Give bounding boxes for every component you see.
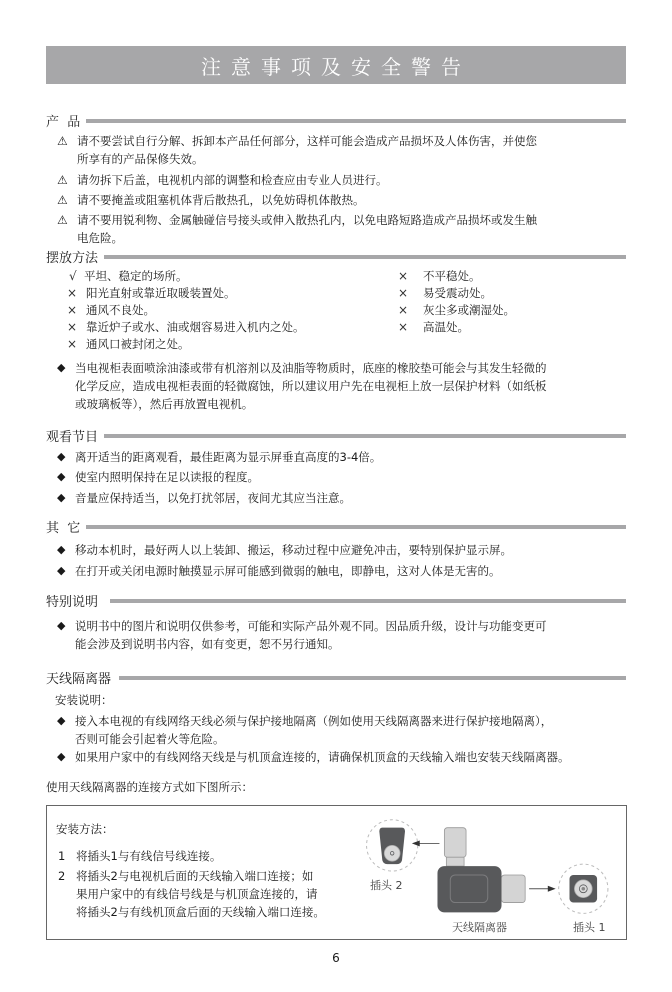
warning-triangle-icon: ⚠ (57, 212, 68, 228)
page-number: 6 (0, 951, 672, 965)
section-label: 天线隔离器 (46, 668, 111, 687)
check-icon: √ (69, 268, 77, 284)
diamond-bullet-icon: ◆ (57, 449, 65, 465)
warning-triangle-icon: ⚠ (57, 192, 68, 208)
cross-icon: × (67, 285, 77, 301)
other-item: 移动本机时，最好两人以上装卸、搬运，移动过程中应避免冲击，要特别保护显示屏。 (75, 542, 512, 558)
isolator-item-2: 如果用户家中的有线网络天线是与机顶盒连接的，请确保机顶盒的天线输入端也安装天线隔… (75, 749, 570, 765)
section-rule (104, 434, 626, 438)
product-warning-2: 请勿拆下后盖，电视机内部的调整和检查应由专业人员进行。 (77, 172, 388, 188)
section-heading-special: 特别说明 (46, 591, 626, 609)
page-title: 注意事项及安全警告 (46, 46, 626, 84)
placement-avoid-item: 靠近炉子或水、油或烟容易进入机内之处。 (86, 319, 305, 335)
placement-ok-item: 平坦、稳定的场所。 (84, 268, 188, 284)
cross-icon: × (398, 285, 408, 301)
cross-icon: × (67, 319, 77, 335)
placement-avoid-item: 易受震动处。 (423, 285, 492, 301)
section-label: 产 品 (46, 111, 80, 130)
viewing-item: 离开适当的距离观看，最佳距离为显示屏垂直高度的3-4倍。 (75, 449, 381, 465)
section-label: 特别说明 (46, 591, 98, 610)
placement-note-line1: 当电视柜表面喷涂油漆或带有机溶剂以及油脂等物质时，底座的橡胶垫可能会与其发生轻微… (75, 360, 547, 376)
diamond-bullet-icon: ◆ (57, 563, 65, 579)
section-rule (119, 676, 626, 680)
section-label: 观看节目 (46, 426, 98, 445)
product-warning-1-line1: 请不要尝试自行分解、拆卸本产品任何部分，这样可能会造成产品损坏及人体伤害，并使您 (77, 133, 537, 149)
connection-caption: 使用天线隔离器的连接方式如下图所示： (46, 779, 253, 795)
other-item: 在打开或关闭电源时触摸显示屏可能感到微弱的触电，即静电，这对人体是无害的。 (75, 563, 501, 579)
placement-avoid-item: 通风口被封闭之处。 (86, 336, 190, 352)
section-heading-other: 其 它 (46, 517, 626, 535)
diamond-bullet-icon: ◆ (57, 713, 65, 729)
section-label: 摆放方法 (46, 247, 98, 266)
placement-avoid-item: 高温处。 (423, 319, 469, 335)
cross-icon: × (67, 336, 77, 352)
product-warning-4-line1: 请不要用锐利物、金属触碰信号接头或伸入散热孔内，以免电路短路造成产品损坏或发生触 (77, 212, 537, 228)
plug-2-label: 插头 2 (370, 878, 403, 894)
diamond-bullet-icon: ◆ (57, 749, 65, 765)
manual-page: 注意事项及安全警告 产 品 ⚠ 请不要尝试自行分解、拆卸本产品任何部分，这样可能… (0, 0, 672, 992)
plug-1-label: 插头 1 (573, 920, 606, 936)
cross-icon: × (67, 302, 77, 318)
placement-avoid-item: 灰尘多或潮湿处。 (423, 302, 515, 318)
isolator-item-1-line1: 接入本电视的有线网络天线必须与保护接地隔离（例如使用天线隔离器来进行保护接地隔离… (75, 713, 552, 729)
section-rule (86, 525, 626, 529)
special-line1: 说明书中的图片和说明仅供参考，可能和实际产品外观不同。因品质升级，设计与功能变更… (75, 618, 547, 634)
section-rule (86, 119, 626, 123)
section-heading-product: 产 品 (46, 111, 626, 129)
placement-note-line2: 化学反应，造成电视柜表面的轻微腐蚀，所以建议用户先在电视柜上放一层保护材料（如纸… (75, 378, 547, 394)
cross-icon: × (398, 268, 408, 284)
section-label: 其 它 (46, 517, 80, 536)
viewing-item: 使室内照明保持在足以读报的程度。 (75, 469, 259, 485)
section-heading-viewing: 观看节目 (46, 426, 626, 444)
placement-avoid-item: 阳光直射或靠近取暖装置处。 (86, 285, 236, 301)
diamond-bullet-icon: ◆ (57, 469, 65, 485)
product-warning-1-line2: 所享有的产品保修失效。 (77, 151, 204, 167)
isolator-item-1-line2: 否则可能会引起着火等危险。 (75, 731, 225, 747)
special-line2: 能会涉及到说明书内容，如有变更，恕不另行通知。 (75, 636, 340, 652)
diamond-bullet-icon: ◆ (57, 542, 65, 558)
isolator-diagram (47, 806, 626, 939)
diamond-bullet-icon: ◆ (57, 618, 65, 634)
cross-icon: × (398, 319, 408, 335)
diamond-bullet-icon: ◆ (57, 490, 65, 506)
section-heading-isolator: 天线隔离器 (46, 668, 626, 686)
section-rule (110, 599, 626, 603)
placement-note-line3: 或玻璃板等），然后再放置电视机。 (75, 396, 253, 412)
placement-avoid-item: 不平稳处。 (423, 268, 481, 284)
placement-avoid-item: 通风不良处。 (86, 302, 155, 318)
plug-1-icon (559, 864, 608, 913)
isolator-label: 天线隔离器 (452, 920, 507, 936)
diamond-bullet-icon: ◆ (57, 360, 65, 376)
install-method-box: 安装方法： 1 将插头1与有线信号线连接。 2 将插头2与电视机后面的天线输入端… (46, 805, 627, 940)
antenna-isolator-icon (437, 828, 525, 913)
cross-icon: × (398, 302, 408, 318)
viewing-item: 音量应保持适当，以免打扰邻居，夜间尤其应当注意。 (75, 490, 351, 506)
plug-2-icon (367, 820, 418, 871)
product-warning-3: 请不要掩盖或阻塞机体背后散热孔，以免妨碍机体散热。 (77, 192, 365, 208)
warning-triangle-icon: ⚠ (57, 172, 68, 188)
section-rule (104, 255, 626, 259)
product-warning-4-line2: 电危险。 (77, 230, 123, 246)
section-heading-placement: 摆放方法 (46, 247, 626, 265)
warning-triangle-icon: ⚠ (57, 133, 68, 149)
install-notes-label: 安装说明： (55, 692, 113, 708)
